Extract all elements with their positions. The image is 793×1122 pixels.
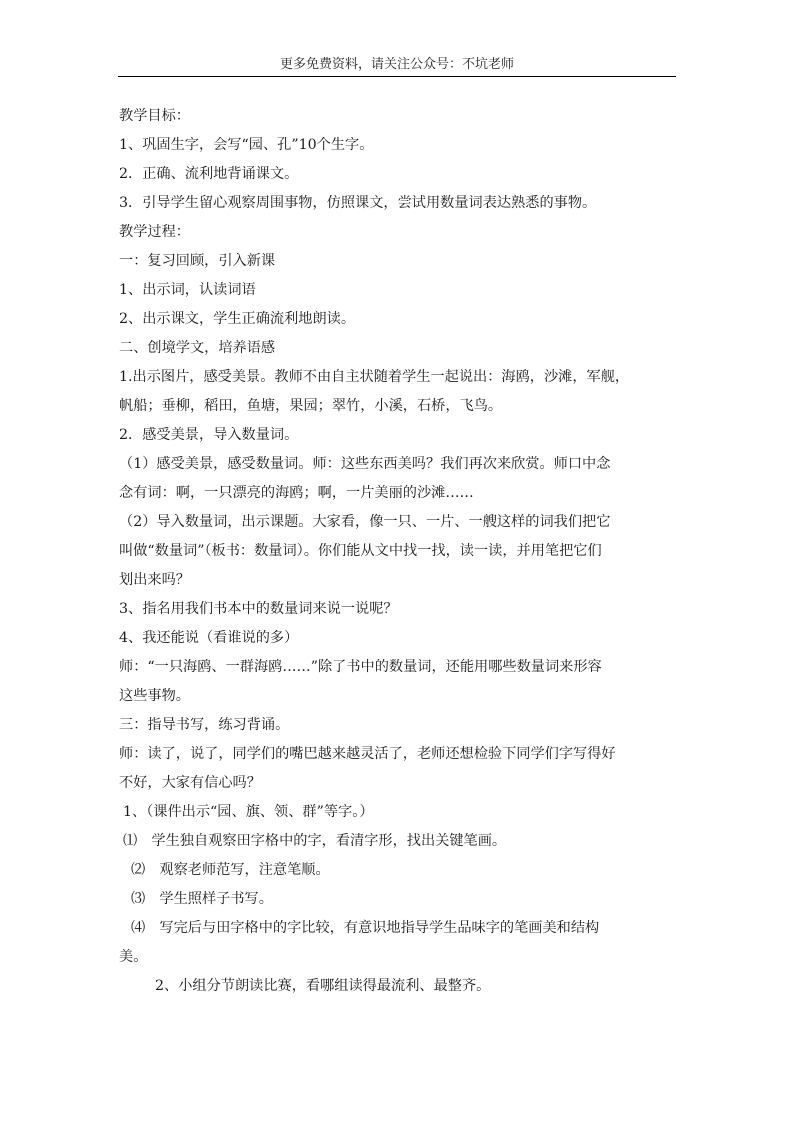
section-1-heading: 一：复习回顾，引入新课 bbox=[119, 247, 679, 276]
document-body: 教学目标： 1、巩固生字，会写“园、孔”10个生字。 2．正确、流利地背诵课文。… bbox=[119, 102, 679, 1001]
writing-substep-1: ⑴ 学生独自观察田字格中的字，看清字形，找出关键笔画。 bbox=[119, 827, 679, 856]
section-2-sub-2-line-1: （2）导入数量词，出示课题。大家看，像一只、一片、一艘这样的词我们把它 bbox=[119, 508, 679, 537]
section-2-step-2: 2．感受美景，导入数量词。 bbox=[119, 421, 679, 450]
section-3-step-2: 2、小组分节朗读比赛，看哪组读得最流利、最整齐。 bbox=[119, 972, 679, 1001]
teacher-speech-line-2: 不好，大家有信心吗？ bbox=[119, 769, 679, 798]
goal-item-3: 3．引导学生留心观察周围事物，仿照课文，尝试用数量词表达熟悉的事物。 bbox=[119, 189, 679, 218]
section-2-sub-1-line-2: 念有词：啊，一只漂亮的海鸥；啊，一片美丽的沙滩…… bbox=[119, 479, 679, 508]
section-1-step-2: 2、出示课文，学生正确流利地朗读。 bbox=[119, 305, 679, 334]
section-2-step-1-line-2: 帆船；垂柳，稻田，鱼塘，果园；翠竹，小溪，石桥，飞鸟。 bbox=[119, 392, 679, 421]
goal-item-2: 2．正确、流利地背诵课文。 bbox=[119, 160, 679, 189]
writing-substep-4-line-2: 美。 bbox=[119, 943, 679, 972]
page-header: 更多免费资料，请关注公众号：不坑老师 bbox=[118, 56, 676, 74]
writing-substep-4-line-1: ⑷ 写完后与田字格中的字比较，有意识地指导学生品味字的笔画美和结构 bbox=[119, 914, 679, 943]
header-divider bbox=[118, 76, 676, 77]
section-3-step-1: 1、（课件出示“园、旗、领、群”等字。） bbox=[119, 798, 679, 827]
section-2-sub-2-line-3: 划出来吗？ bbox=[119, 566, 679, 595]
section-2-step-4: 4、我还能说（看谁说的多） bbox=[119, 624, 679, 653]
section-1-step-1: 1、出示词，认读词语 bbox=[119, 276, 679, 305]
teacher-prompt-line-2: 这些事物。 bbox=[119, 682, 679, 711]
teacher-prompt-line-1: 师：“一只海鸥、一群海鸥……”除了书中的数量词，还能用哪些数量词来形容 bbox=[119, 653, 679, 682]
goal-item-1: 1、巩固生字，会写“园、孔”10个生字。 bbox=[119, 131, 679, 160]
section-2-sub-1-line-1: （1）感受美景，感受数量词。师：这些东西美吗？我们再次来欣赏。师口中念 bbox=[119, 450, 679, 479]
section-2-heading: 二、创境学文，培养语感 bbox=[119, 334, 679, 363]
writing-substep-3: ⑶ 学生照样子书写。 bbox=[119, 885, 679, 914]
heading-teaching-process: 教学过程： bbox=[119, 218, 679, 247]
section-3-heading: 三：指导书写，练习背诵。 bbox=[119, 711, 679, 740]
section-2-step-3: 3、指名用我们书本中的数量词来说一说呢？ bbox=[119, 595, 679, 624]
heading-teaching-goals: 教学目标： bbox=[119, 102, 679, 131]
writing-substep-2: ⑵ 观察老师范写，注意笔顺。 bbox=[119, 856, 679, 885]
section-2-step-1-line-1: 1.出示图片，感受美景。教师不由自主状随着学生一起说出：海鸥，沙滩，军舰， bbox=[119, 363, 679, 392]
section-2-sub-2-line-2: 叫做“数量词”（板书：数量词）。你们能从文中找一找，读一读，并用笔把它们 bbox=[119, 537, 679, 566]
teacher-speech-line-1: 师：读了，说了，同学们的嘴巴越来越灵活了，老师还想检验下同学们字写得好 bbox=[119, 740, 679, 769]
